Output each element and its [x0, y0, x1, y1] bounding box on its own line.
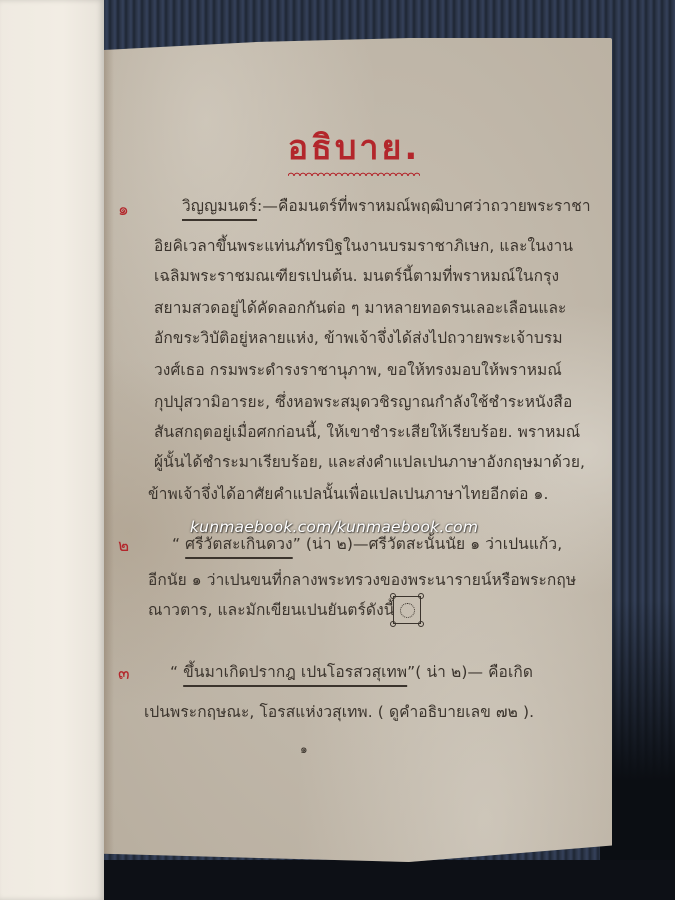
note-1-line-1-text: :—คือมนตร์ที่พราหมณ์พฤฒิบาศว่าถวายพระราช… [257, 197, 591, 215]
note-1-line-3: เฉลิมพระราชมณเฑียรเปนต้น. มนตร์นี้ตามที่… [154, 266, 559, 286]
watermark: kunmaebook.com/kunmaebook.com [190, 518, 478, 536]
yantra-corner-dot [418, 621, 424, 627]
left-blank-page [0, 0, 104, 900]
note-2-line-2: อีกนัย ๑ ว่าเปนขนที่กลางพระทรวงของพระนาร… [148, 570, 576, 590]
note-1-line-2: อิยคิเวลาขึ้นพระแท่นภัทรบิฐในงานบรมราชาภ… [154, 236, 573, 256]
note-1-line-4: สยามสวดอยู่ได้คัดลอกกันต่อ ๆ มาหลายทอดรน… [154, 298, 567, 318]
note-2-line-1: “ ศรีวัตสะเกินดวง” (น่า ๒)—ศรีวัตสะนั้นน… [172, 534, 562, 554]
yantra-corner-dot [418, 593, 424, 599]
open-quote: “ [170, 663, 178, 681]
note-3-line-1-text: ”( น่า ๒)— คือเกิด [407, 663, 533, 681]
note-2-term: ศรีวัตสะเกินดวง [185, 535, 293, 553]
note-1-line-10: ข้าพเจ้าจึ่งได้อาศัยคำแปลนั้นเพื่อแปลเปน… [148, 484, 549, 504]
wavy-underline [288, 170, 421, 176]
heading: อธิบาย. [104, 128, 612, 176]
note-number-1: ๑ [118, 196, 129, 223]
backdrop-shadow-bottom [95, 860, 675, 900]
open-quote: “ [172, 535, 180, 553]
note-number-3: ๓ [118, 660, 130, 687]
note-1-line-5: อักขระวิบัติอยู่หลายแห่ง, ข้าพเจ้าจึ่งได… [154, 328, 563, 348]
note-1-line-8: สันสกฤตอยู่เมื่อศกก่อนนี้, ให้เขาชำระเสี… [154, 422, 580, 442]
note-1-line-6: วงศ์เธอ กรมพระดำรงราชานุภาพ, ขอให้ทรงมอบ… [154, 360, 562, 380]
note-2-line-3: ณาวตาร, และมักเขียนเปนยันตร์ดังนี้ [148, 600, 394, 620]
note-3-line-2: เปนพระกฤษณะ, โอรสแห่งวสุเทพ. ( ดูคำอธิบา… [144, 702, 534, 722]
note-1-line-7: กุปปุสวามิอารยะ, ซึ่งหอพระสมุดวชิรญาณกำล… [154, 392, 572, 412]
yantra-corner-dot [390, 593, 396, 599]
note-number-2: ๒ [118, 532, 129, 559]
page-title: อธิบาย. [288, 128, 421, 168]
page-number: ๑ [300, 740, 308, 759]
note-3-line-1: “ ขึ้นมาเกิดปรากฎ เปนโอรสวสุเทพ”( น่า ๒)… [170, 662, 533, 682]
yantra-symbol-icon [393, 596, 421, 624]
note-1-line-1: วิญญมนตร์:—คือมนตร์ที่พราหมณ์พฤฒิบาศว่าถ… [182, 196, 591, 216]
note-1-line-9: ผู้นั้นได้ชำระมาเรียบร้อย, และส่งคำแปลเป… [154, 452, 585, 472]
note-1-term: วิญญมนตร์ [182, 197, 257, 215]
note-2-line-1-text: ” (น่า ๒)—ศรีวัตสะนั้นนัย ๑ ว่าเปนแก้ว, [293, 535, 563, 553]
yantra-corner-dot [390, 621, 396, 627]
note-3-term: ขึ้นมาเกิดปรากฎ เปนโอรสวสุเทพ [183, 663, 407, 681]
